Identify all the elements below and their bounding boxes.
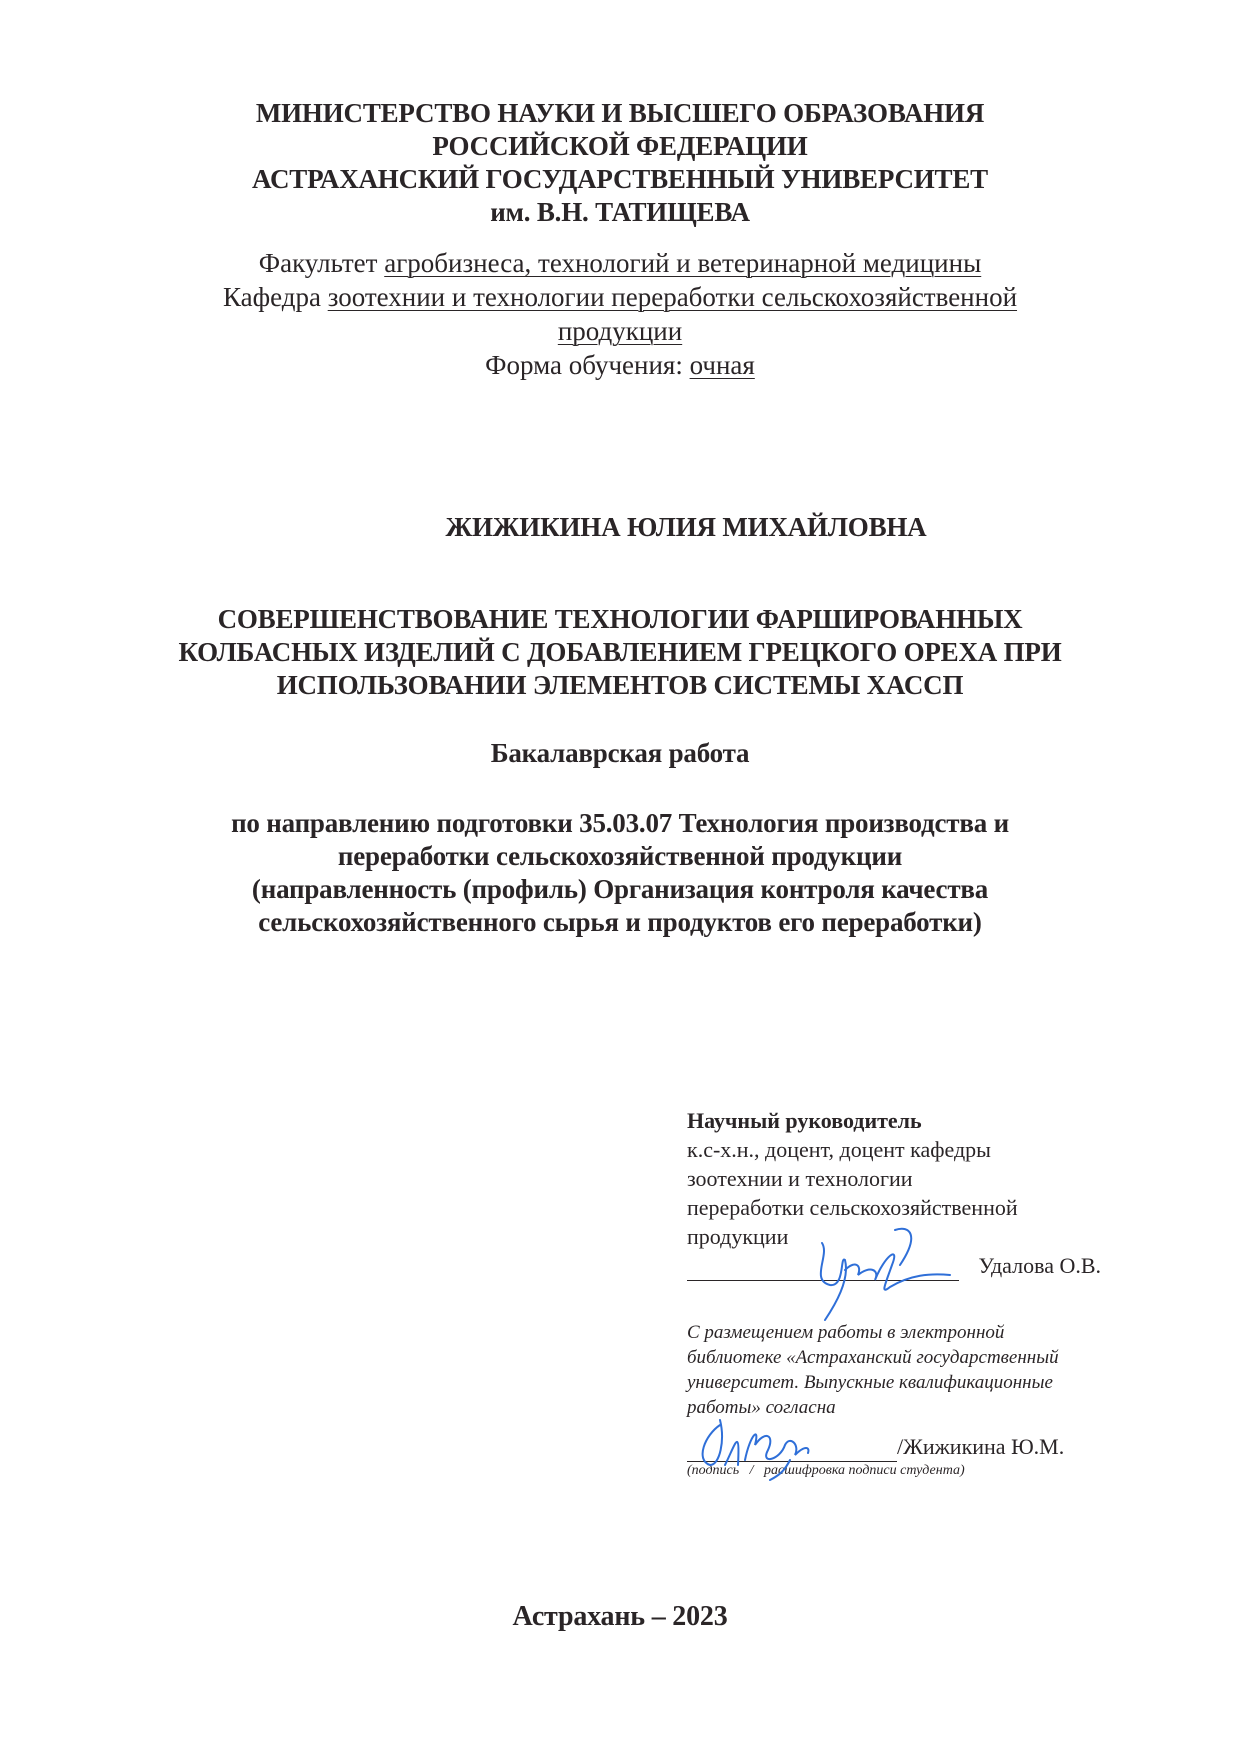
study-form-line: Форма обучения: очная <box>0 348 1240 382</box>
author-name: ЖИЖИКИНА ЮЛИЯ МИХАЙЛОВНА <box>0 511 1240 544</box>
consent-line-3: университет. Выпускные квалификационные <box>687 1370 1187 1395</box>
supervisor-line-2: зоотехнии и технологии <box>687 1164 1187 1193</box>
title-line-1: СОВЕРШЕНСТВОВАНИЕ ТЕХНОЛОГИИ ФАРШИРОВАНН… <box>0 603 1240 636</box>
supervisor-line-3: переработки сельскохозяйственной <box>687 1193 1187 1222</box>
thesis-title: СОВЕРШЕНСТВОВАНИЕ ТЕХНОЛОГИИ ФАРШИРОВАНН… <box>0 603 1240 702</box>
ministry-line-1: МИНИСТЕРСТВО НАУКИ И ВЫСШЕГО ОБРАЗОВАНИЯ <box>0 97 1240 130</box>
faculty-line: Факультет агробизнеса, технологий и вете… <box>0 246 1240 280</box>
ministry-heading: МИНИСТЕРСТВО НАУКИ И ВЫСШЕГО ОБРАЗОВАНИЯ… <box>0 97 1240 229</box>
university-line-2: им. В.Н. ТАТИЩЕВА <box>0 196 1240 229</box>
faculty-info: Факультет агробизнеса, технологий и вете… <box>0 246 1240 382</box>
university-line-1: АСТРАХАНСКИЙ ГОСУДАРСТВЕННЫЙ УНИВЕРСИТЕТ <box>0 163 1240 196</box>
student-name: /Жижикина Ю.М. <box>897 1434 1064 1459</box>
title-line-3: ИСПОЛЬЗОВАНИИ ЭЛЕМЕНТОВ СИСТЕМЫ ХАССП <box>0 669 1240 702</box>
direction-line-3: (направленность (профиль) Организация ко… <box>0 873 1240 906</box>
faculty-label: Факультет <box>259 248 378 278</box>
faculty-value: агробизнеса, технологий и ветеринарной м… <box>384 248 981 278</box>
title-line-2: КОЛБАСНЫХ ИЗДЕЛИЙ С ДОБАВЛЕНИЕМ ГРЕЦКОГО… <box>0 636 1240 669</box>
direction-line-2: переработки сельскохозяйственной продукц… <box>0 840 1240 873</box>
department-label: Кафедра <box>223 282 321 312</box>
department-value-2: продукции <box>558 316 682 346</box>
city-year: Астрахань – 2023 <box>0 1600 1240 1633</box>
ministry-line-2: РОССИЙСКОЙ ФЕДЕРАЦИИ <box>0 130 1240 163</box>
supervisor-signature-icon <box>800 1225 960 1325</box>
supervisor-name: Удалова О.В. <box>979 1253 1102 1278</box>
consent-line-1: С размещением работы в электронной <box>687 1320 1187 1345</box>
student-signature-icon <box>690 1405 830 1485</box>
department-line-2: продукции <box>0 314 1240 348</box>
direction-line-1: по направлению подготовки 35.03.07 Техно… <box>0 807 1240 840</box>
direction-line-4: сельскохозяйственного сырья и продуктов … <box>0 906 1240 939</box>
supervisor-line-1: к.с-х.н., доцент, доцент кафедры <box>687 1135 1187 1164</box>
direction-block: по направлению подготовки 35.03.07 Техно… <box>0 807 1240 939</box>
study-form-label: Форма обучения: <box>485 350 683 380</box>
supervisor-heading: Научный руководитель <box>687 1106 1187 1135</box>
work-type: Бакалаврская работа <box>0 737 1240 770</box>
study-form-value: очная <box>690 350 755 380</box>
department-value-1: зоотехнии и технологии переработки сельс… <box>328 282 1017 312</box>
consent-line-2: библиотеке «Астраханский государственный <box>687 1345 1187 1370</box>
department-line: Кафедра зоотехнии и технологии переработ… <box>0 280 1240 314</box>
